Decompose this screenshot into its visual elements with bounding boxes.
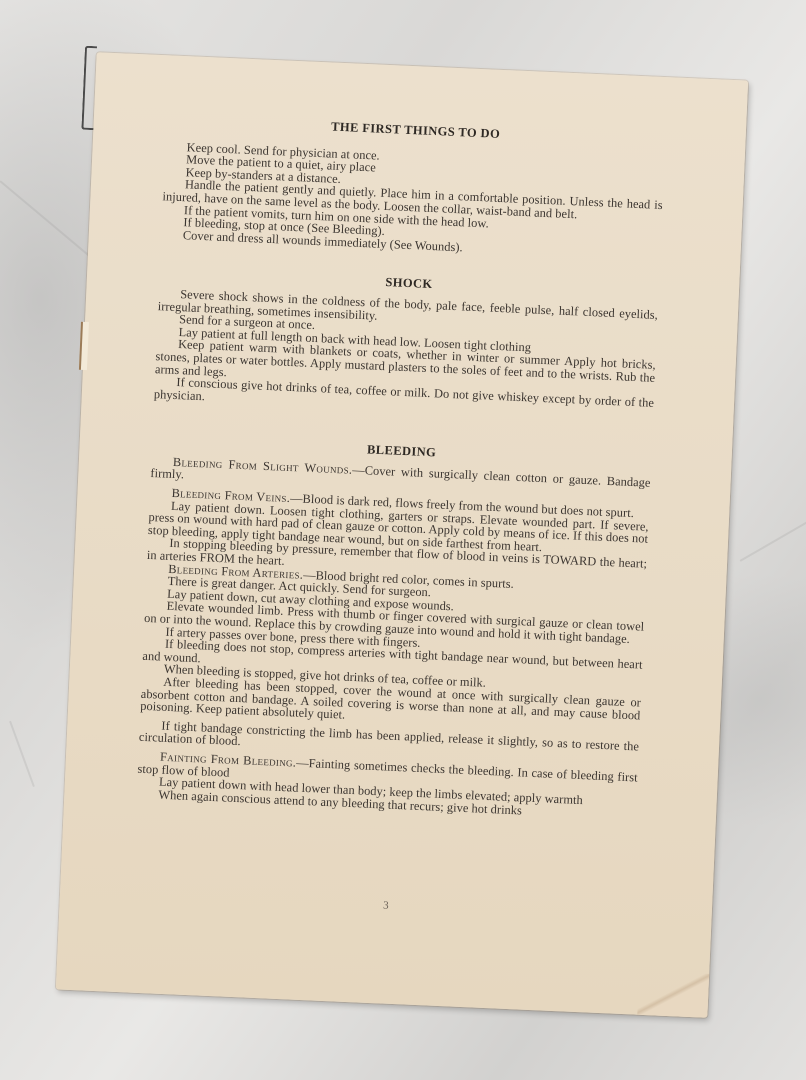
marble-vein — [740, 515, 806, 562]
page-content: THE FIRST THINGS TO DO Keep cool. Send f… — [136, 113, 666, 821]
booklet-page: THE FIRST THINGS TO DO Keep cool. Send f… — [56, 52, 748, 1018]
torn-spine-edge — [79, 322, 89, 370]
page-number: 3 — [60, 885, 712, 925]
marble-vein — [0, 180, 93, 259]
marble-vein — [9, 721, 35, 787]
staple — [81, 46, 97, 130]
subheading-slight-wounds: Bleeding From Slight Wounds. — [173, 455, 353, 477]
